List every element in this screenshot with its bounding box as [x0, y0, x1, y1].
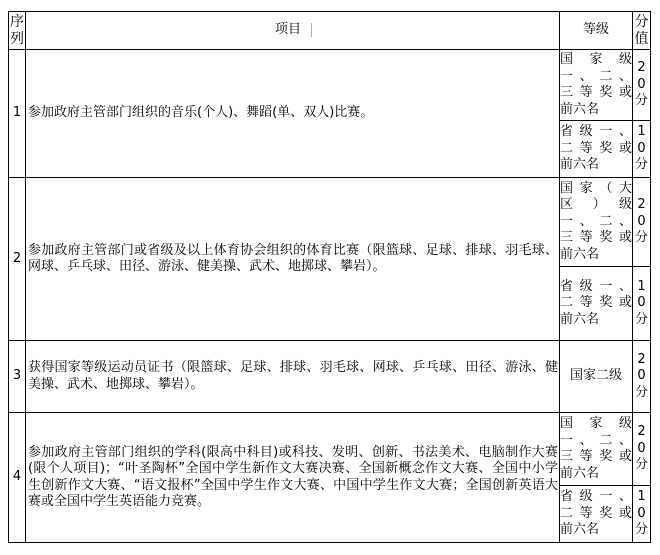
score-value: 2 0 分 [633, 413, 651, 486]
grade-provincial: 省 级 一 、 二 等 奖 或 前六名 [560, 121, 633, 178]
grade-provincial: 省 级 一 、 二 等 奖 或 前六名 [560, 486, 633, 543]
header-grade: 等级 [560, 12, 633, 50]
score-value: 2 0 分 [633, 50, 651, 121]
table-row: 4 参加政府主管部门组织的学科(限高中科目)或科技、发明、创新、书法美术、电脑制… [9, 413, 651, 486]
row-item: 获得国家等级运动员证书（限篮球、足球、排球、羽毛球、网球、乒乓球、田径、游泳、健… [26, 341, 560, 413]
header-row: 序列 项目 等级 分值 [9, 12, 651, 50]
table-row: 2 参加政府主管部门或省级及以上体育协会组织的体育比赛（限篮球、足球、排球、羽毛… [9, 178, 651, 267]
table-row: 1 参加政府主管部门组织的音乐(个人)、舞蹈(单、双人)比赛。 国 家 级 一 … [9, 50, 651, 121]
grade-national-level2: 国家二级 [560, 341, 633, 413]
grade-provincial: 省 级 一 、 二 等 奖 或 前六名 [560, 267, 633, 341]
header-item-label: 项目 [275, 22, 301, 37]
grade-national: 国 家 级 一 、 二 、 三 等 奖 或 前六名 [560, 50, 633, 121]
score-value: 1 0 分 [633, 267, 651, 341]
score-value: 1 0 分 [633, 486, 651, 543]
row-item: 参加政府主管部门组织的音乐(个人)、舞蹈(单、双人)比赛。 [26, 50, 560, 178]
table-row: 3 获得国家等级运动员证书（限篮球、足球、排球、羽毛球、网球、乒乓球、田径、游泳… [9, 341, 651, 413]
header-item: 项目 [26, 12, 560, 50]
score-value: 2 0 分 [633, 178, 651, 267]
score-value: 2 0 分 [633, 341, 651, 413]
grade-national: 国 家 级 一 、 二 、 三 等 奖 或 前六名 [560, 413, 633, 486]
row-item: 参加政府主管部门或省级及以上体育协会组织的体育比赛（限篮球、足球、排球、羽毛球、… [26, 178, 560, 341]
row-item: 参加政府主管部门组织的学科(限高中科目)或科技、发明、创新、书法美术、电脑制作大… [26, 413, 560, 543]
header-score: 分值 [633, 12, 651, 50]
row-seq: 3 [9, 341, 26, 413]
header-seq: 序列 [9, 12, 26, 50]
text-cursor [311, 23, 312, 37]
grade-national: 国 家 （ 大 区 ） 级 一 、 二 、 三 等 奖 或 前六名 [560, 178, 633, 267]
row-seq: 4 [9, 413, 26, 543]
scoring-table: 序列 项目 等级 分值 1 参加政府主管部门组织的音乐(个人)、舞蹈(单、双人)… [8, 11, 651, 543]
score-value: 1 0 分 [633, 121, 651, 178]
row-seq: 1 [9, 50, 26, 178]
row-seq: 2 [9, 178, 26, 341]
